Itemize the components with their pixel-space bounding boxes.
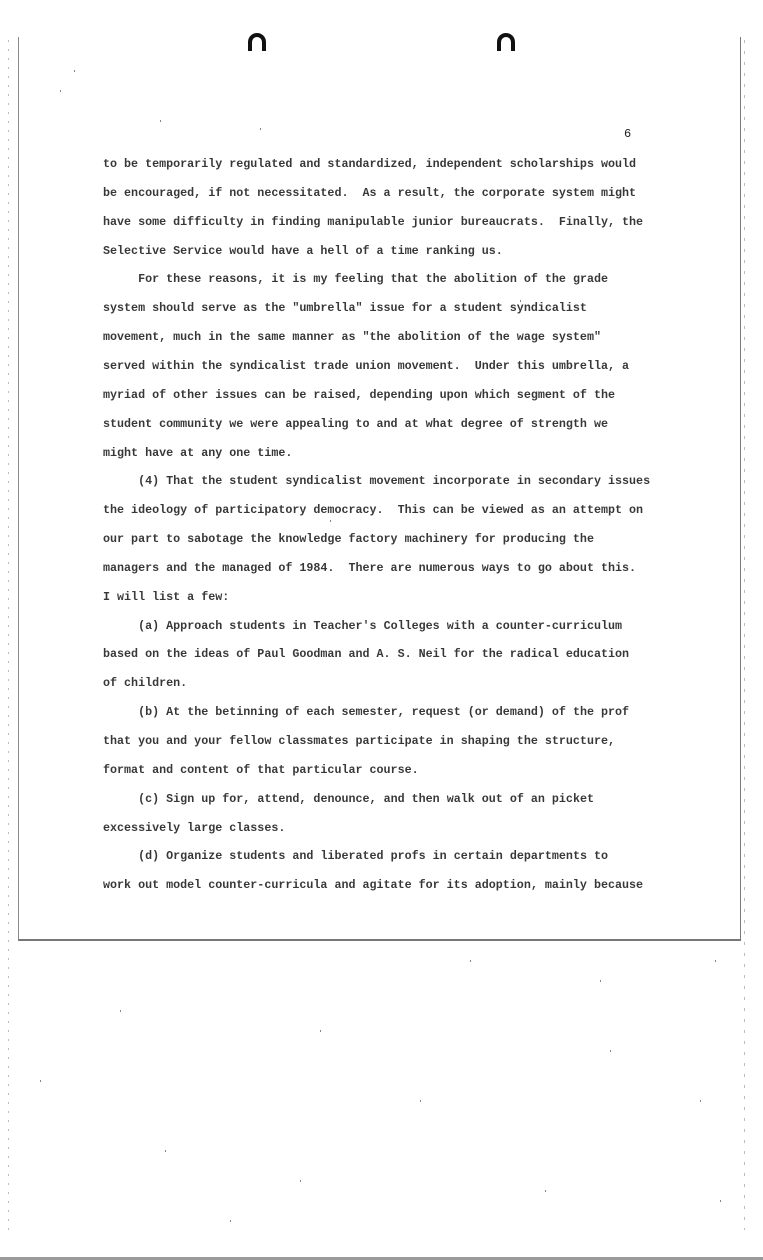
list-item-d-start: (d) Organize students and liberated prof… bbox=[138, 849, 608, 863]
text-line: myriad of other issues can be raised, de… bbox=[103, 388, 615, 402]
text-line: excessively large classes. bbox=[103, 821, 285, 835]
text-line: to be temporarily regulated and standard… bbox=[103, 157, 636, 171]
list-item-a-start: (a) Approach students in Teacher's Colle… bbox=[138, 619, 622, 633]
list-item-c-start: (c) Sign up for, attend, denounce, and t… bbox=[138, 792, 594, 806]
text-line: that you and your fellow classmates part… bbox=[103, 734, 615, 748]
scan-speck bbox=[470, 960, 471, 962]
scan-speck bbox=[420, 1100, 421, 1102]
scan-speck bbox=[260, 128, 261, 130]
page-number: 6 bbox=[624, 127, 631, 141]
text-line: managers and the managed of 1984. There … bbox=[103, 561, 636, 575]
text-line: might have at any one time. bbox=[103, 446, 292, 460]
list-item-b-start: (b) At the betinning of each semester, r… bbox=[138, 705, 629, 719]
text-line: served within the syndicalist trade unio… bbox=[103, 359, 629, 373]
text-line: Selective Service would have a hell of a… bbox=[103, 244, 503, 258]
scan-speck bbox=[160, 120, 161, 122]
scan-speck bbox=[120, 1010, 121, 1012]
scan-noise-right bbox=[744, 40, 745, 1230]
binder-hole-mark-right bbox=[497, 33, 515, 51]
scan-speck bbox=[720, 1200, 721, 1202]
text-line: of children. bbox=[103, 676, 187, 690]
text-line: system should serve as the "umbrella" is… bbox=[103, 301, 587, 315]
scan-speck bbox=[300, 1180, 301, 1182]
scan-speck bbox=[715, 960, 716, 962]
scan-speck bbox=[60, 90, 61, 92]
text-line: be encouraged, if not necessitated. As a… bbox=[103, 186, 636, 200]
text-line: the ideology of participatory democracy.… bbox=[103, 503, 643, 517]
text-line: our part to sabotage the knowledge facto… bbox=[103, 532, 594, 546]
text-line: student community we were appealing to a… bbox=[103, 417, 608, 431]
text-line: have some difficulty in finding manipula… bbox=[103, 215, 643, 229]
scan-speck bbox=[330, 520, 331, 522]
scan-speck bbox=[40, 1080, 41, 1082]
scan-speck bbox=[320, 1030, 321, 1032]
paragraph-start-line: (4) That the student syndicalist movemen… bbox=[138, 474, 650, 488]
scan-speck bbox=[545, 1190, 546, 1192]
scan-speck bbox=[520, 300, 521, 302]
scan-speck bbox=[165, 1150, 166, 1152]
text-line: format and content of that particular co… bbox=[103, 763, 419, 777]
scan-speck bbox=[230, 1220, 231, 1222]
text-line: based on the ideas of Paul Goodman and A… bbox=[103, 647, 629, 661]
text-line: I will list a few: bbox=[103, 590, 229, 604]
scan-speck bbox=[700, 1100, 701, 1102]
scan-speck bbox=[74, 70, 75, 72]
scan-speck bbox=[610, 1050, 611, 1052]
scan-speck bbox=[600, 980, 601, 982]
paragraph-start-line: For these reasons, it is my feeling that… bbox=[138, 272, 608, 286]
text-line: movement, much in the same manner as "th… bbox=[103, 330, 601, 344]
text-line: work out model counter-curricula and agi… bbox=[103, 878, 643, 892]
binder-hole-mark-left bbox=[248, 33, 266, 51]
scan-noise-left bbox=[8, 40, 9, 1230]
